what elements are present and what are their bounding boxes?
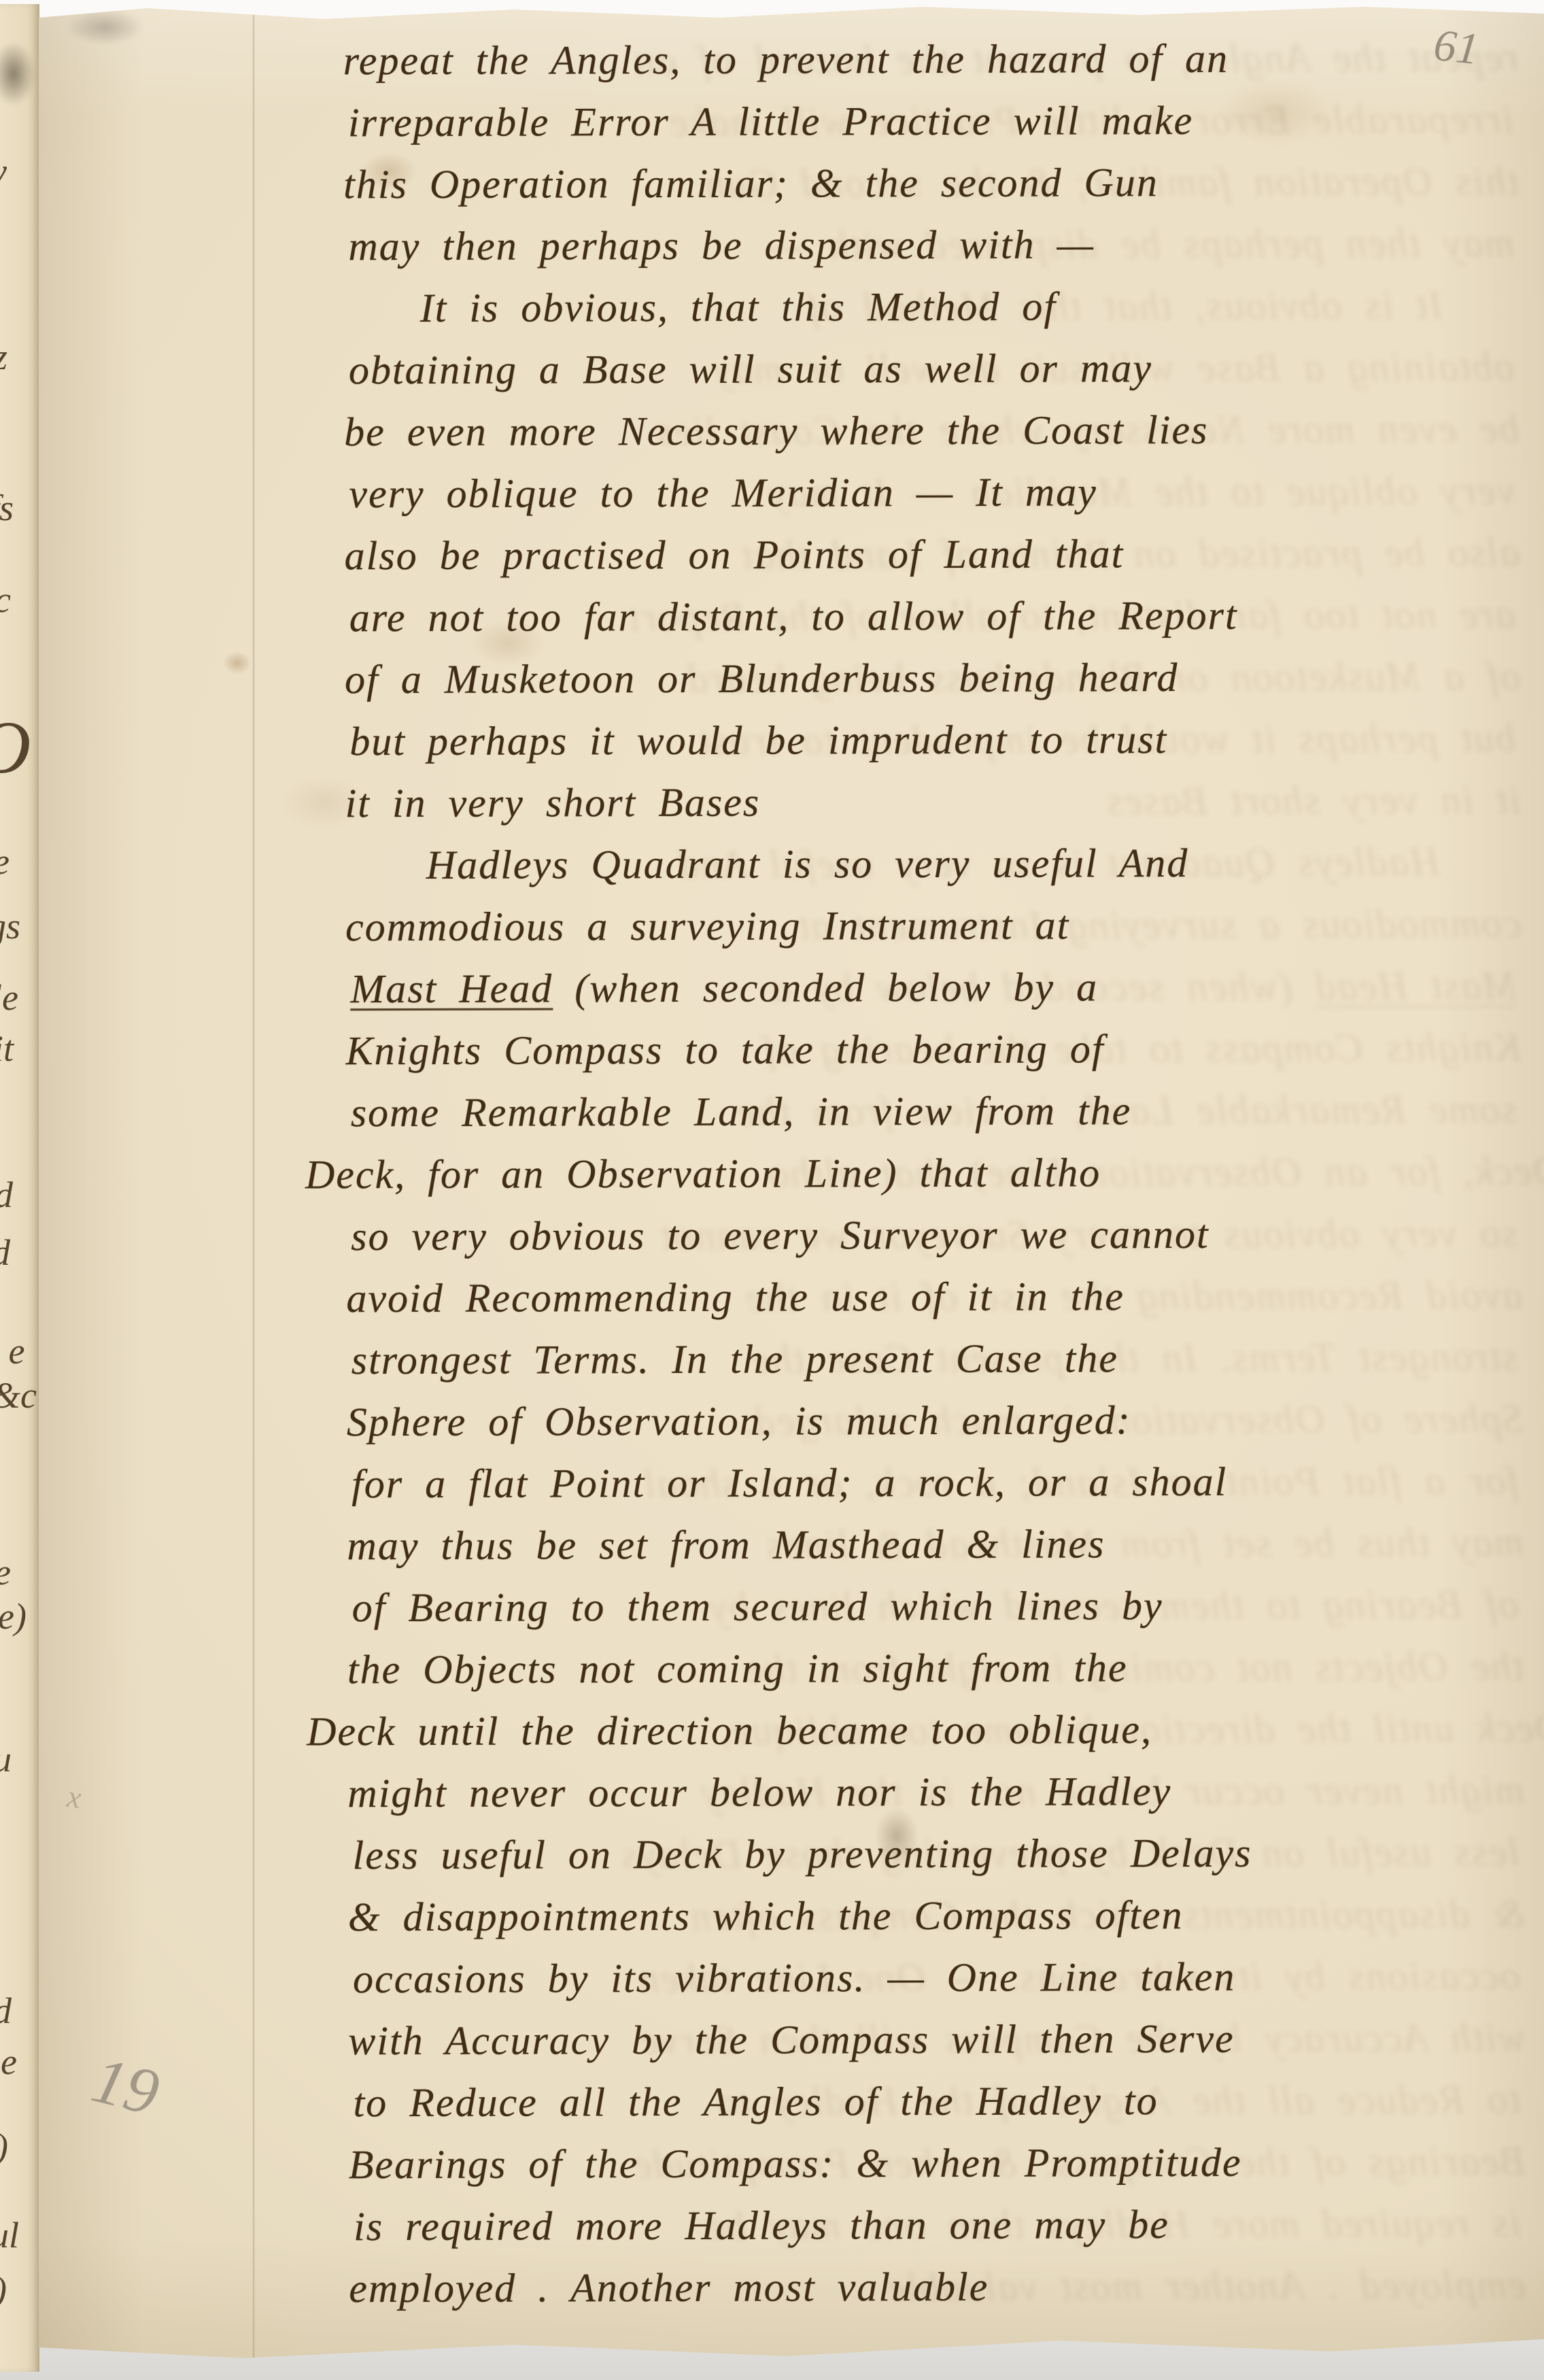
page-edge-fragment: d [0, 1990, 12, 2032]
page-edge-fragment: gs [0, 905, 20, 947]
manuscript-line: employed . Another most valuable [349, 2255, 1525, 2320]
manuscript-line: Bearings of the Compass: & when Promptit… [349, 2131, 1525, 2196]
underlined-phrase: Mast Head [350, 966, 553, 1011]
manuscript-line: very oblique to the Meridian — It may [349, 460, 1520, 526]
page-edge-fragment: it [0, 1027, 14, 1070]
manuscript-line: some Remarkable Land, in view from the [351, 1079, 1522, 1144]
manuscript-page: 61 19 x repeat the Angles, to prevent th… [39, 0, 1544, 2380]
manuscript-line: irreparable Error A little Practice will… [348, 89, 1520, 154]
manuscript-line: of a Musketoon or Blunderbuss being hear… [345, 646, 1521, 711]
manuscript-line: this Operation familiar; & the second Gu… [343, 151, 1520, 216]
manuscript-line: Knights Compass to take the bearing of [345, 1017, 1522, 1083]
manuscript-line: to Reduce all the Angles of the Hadley t… [353, 2069, 1524, 2135]
manuscript-line: might never occur below nor is the Hadle… [347, 1760, 1524, 1825]
page-crease [252, 0, 255, 2380]
manuscript-line: obtaining a Base will suit as well or ma… [349, 337, 1520, 402]
manuscript-line: with Accuracy by the Compass will then S… [348, 2007, 1524, 2073]
page-edge-fragment: e [0, 840, 10, 883]
manuscript-line: Hadleys Quadrant is so very useful And [350, 832, 1522, 897]
previous-page-edge: y z fs c O e gs le it d d i e &c e le) u… [0, 4, 39, 2372]
manuscript-line: commodious a surveying Instrument at [345, 894, 1522, 959]
page-edge-fragment: ) [0, 2268, 7, 2311]
page-edge-fragment: c [0, 579, 11, 621]
manuscript-line: of Bearing to them secured which lines b… [352, 1574, 1524, 1639]
corner-ink-smudge [0, 41, 35, 106]
manuscript-line: it in very short Bases [345, 770, 1521, 835]
manuscript-line: Mast Head (when seconded below by a [350, 955, 1522, 1021]
page-edge-fragment: fs [0, 487, 14, 529]
manuscript-line: so very obvious to every Surveyor we can… [351, 1203, 1522, 1268]
page-edge-fragment: &c [0, 1374, 37, 1416]
manuscript-line: are not too far distant, to allow of the… [349, 584, 1521, 649]
manuscript-line: for a flat Point or Island; a rock, or a… [351, 1450, 1523, 1516]
manuscript-line: It is obvious, that this Method of [344, 275, 1520, 340]
manuscript-line: also be practised on Points of Land that [345, 522, 1521, 588]
manuscript-line: less useful on Deck by preventing those … [353, 1822, 1524, 1887]
manuscript-line: be even more Necessary where the Coast l… [344, 398, 1520, 464]
page-edge-fragment: O [0, 704, 31, 791]
page-edge-fragment: y [0, 150, 7, 192]
page-edge-fragment: z [0, 336, 7, 378]
page-edge-fragment: ul [0, 2214, 19, 2256]
page-edge-fragment: le) [0, 1595, 27, 1637]
pencil-smudge [66, 10, 144, 45]
scanned-manuscript: y z fs c O e gs le it d d i e &c e le) u… [0, 0, 1544, 2380]
manuscript-line: Deck until the direction became too obli… [307, 1698, 1524, 1763]
manuscript-line: strongest Terms. In the present Case the [351, 1327, 1523, 1392]
page-edge-fragment: d [0, 1174, 13, 1216]
page-edge-fragment: i e [0, 1330, 24, 1372]
page-edge-fragment: d [0, 1231, 10, 1274]
manuscript-line: but perhaps it would be imprudent to tru… [349, 708, 1521, 773]
manuscript-line: is required more Hadleys than one may be [354, 2193, 1525, 2258]
page-edge-fragment: ) [0, 2126, 8, 2168]
manuscript-line: avoid Recommending the use of it in the [346, 1265, 1522, 1330]
manuscript-line: the Objects not coming in sight from the [347, 1636, 1524, 1701]
manuscript-text: repeat the Angles, to prevent the hazard… [343, 27, 1526, 2320]
page-edge-fragment: le [0, 2041, 17, 2083]
manuscript-line: occasions by its vibrations. — One Line … [353, 1945, 1524, 2011]
manuscript-line: repeat the Angles, to prevent the hazard… [343, 27, 1520, 92]
manuscript-line: Sphere of Observation, is much enlarged: [347, 1389, 1523, 1454]
page-edge-fragment: u [0, 1738, 12, 1780]
manuscript-line: Deck, for an Observation Line) that alth… [305, 1141, 1522, 1206]
manuscript-line: & disappointments which the Compass ofte… [348, 1884, 1524, 1949]
page-edge-fragment: e [0, 1551, 11, 1593]
line-continuation: (when seconded below by a [553, 964, 1098, 1010]
manuscript-line: may thus be set from Masthead & lines [347, 1512, 1523, 1578]
manuscript-line: may then perhaps be dispensed with — [348, 213, 1520, 278]
page-edge-fragment: le [0, 976, 18, 1019]
